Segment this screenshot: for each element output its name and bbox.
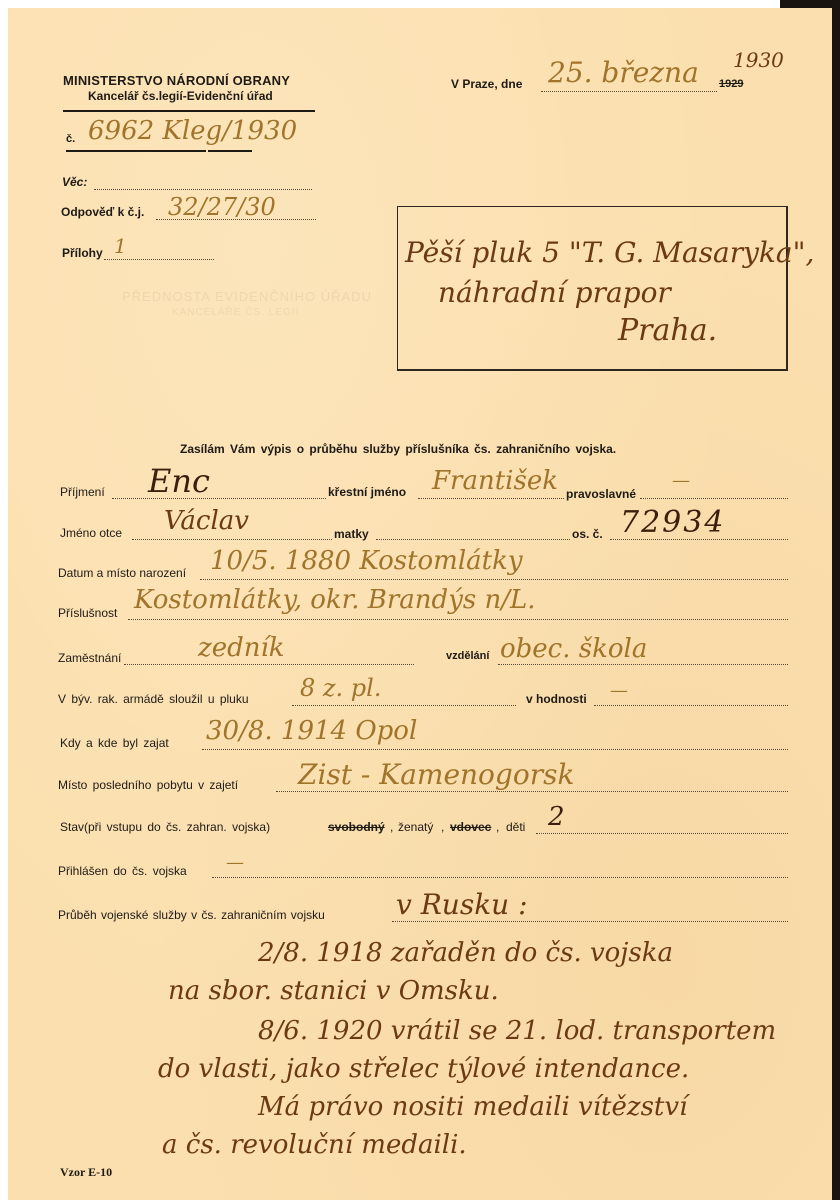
- handwritten-year: 1930: [733, 48, 784, 72]
- otec-label: Jméno otce: [60, 526, 122, 540]
- office-subtitle: Kancelář čs.legií-Evidenční úřad: [88, 89, 273, 103]
- pravoslavne-label: pravoslavné: [566, 487, 636, 501]
- krestni-value: František: [432, 466, 558, 496]
- odpoved-value: 32/27/30: [168, 193, 276, 221]
- otec-value: Václav: [164, 506, 249, 536]
- pobyt-value: Zist - Kamenogorsk: [298, 758, 574, 791]
- address-line3: Praha.: [618, 313, 717, 348]
- service-note-4: do vlasti, jako střelec týlové intendanc…: [158, 1054, 689, 1084]
- vzdelani-label: vzdělání: [446, 650, 489, 662]
- pravoslavne-value: —: [672, 470, 690, 491]
- osc-label: os. č.: [572, 527, 603, 541]
- zajat-value: 30/8. 1914 Opol: [206, 716, 417, 746]
- prijmeni-line: [112, 498, 326, 499]
- address-line1: Pěší pluk 5 "T. G. Masaryka",: [405, 236, 814, 269]
- osc-value: 72934: [620, 505, 725, 540]
- prihlasen-line: [212, 877, 788, 878]
- ref-rule: [66, 150, 206, 152]
- prislusnost-line: [128, 619, 788, 620]
- stav-comma-3: ,: [496, 820, 499, 834]
- printed-year: 1929: [719, 78, 743, 90]
- header-rule: [63, 110, 315, 112]
- prijmeni-value: Enc: [148, 462, 210, 500]
- vec-label: Věc:: [62, 175, 87, 189]
- narozeni-label: Datum a místo narození: [58, 566, 186, 580]
- stav-comma-1: ,: [390, 820, 393, 834]
- vec-line: [94, 189, 312, 190]
- pluk-value: 8 z. pl.: [300, 674, 381, 702]
- vzdelani-line: [498, 664, 788, 665]
- odpoved-label: Odpověď k č.j.: [61, 205, 144, 219]
- narozeni-value: 10/5. 1880 Kostomlátky: [210, 546, 523, 576]
- hodnost-line: [594, 705, 788, 706]
- stav-option-zenaty: ženatý: [398, 820, 433, 834]
- deti-line: [536, 833, 788, 834]
- zamestnani-value: zedník: [198, 633, 285, 663]
- service-note-6: a čs. revoluční medaili.: [162, 1130, 467, 1160]
- prubeh-label: Průběh vojenské služby v čs. zahraničním…: [58, 908, 325, 922]
- prislusnost-value: Kostomlátky, okr. Brandýs n/L.: [134, 585, 536, 615]
- pravoslavne-line: [640, 498, 788, 499]
- address-line2: náhradní prapor: [438, 276, 671, 309]
- hodnost-value: —: [610, 680, 628, 701]
- pluk-label: V býv. rak. armádě sloužil u pluku: [58, 692, 249, 706]
- ref-prefix: č.: [66, 133, 75, 145]
- form-code: Vzor E-10: [60, 1165, 112, 1180]
- prilohy-label: Přílohy: [62, 246, 103, 260]
- date-line: [541, 91, 717, 92]
- ref-number: 6962 Kleg/1930: [88, 116, 297, 146]
- ministry-title: MINISTERSTVO NÁRODNÍ OBRANY: [63, 73, 290, 88]
- prubeh-value: v Rusku :: [396, 888, 528, 921]
- matky-line: [376, 539, 570, 540]
- date-label: V Praze, dne: [451, 77, 522, 91]
- deti-value: 2: [548, 802, 565, 832]
- prijmeni-label: Příjmení: [60, 485, 105, 499]
- pobyt-line: [276, 791, 788, 792]
- faint-stamp-line2: KANCELÁŘE ČS. LEGIÍ: [172, 307, 299, 318]
- hodnost-label: v hodnosti: [526, 692, 587, 706]
- matky-label: matky: [334, 527, 369, 541]
- prihlasen-label: Přihlášen do čs. vojska: [58, 864, 187, 878]
- service-note-5: Má právo nositi medaili vítězství: [258, 1092, 687, 1122]
- stav-option-vdovec: vdovec: [450, 820, 491, 834]
- krestni-label: křestní jméno: [328, 485, 406, 499]
- stav-comma-2: ,: [441, 820, 444, 834]
- deti-label: děti: [506, 820, 525, 834]
- prihlasen-value: —: [226, 852, 244, 873]
- scan-edge-top: [780, 0, 840, 8]
- service-note-1: 2/8. 1918 zařaděn do čs. vojska: [258, 938, 673, 968]
- prilohy-value: 1: [114, 234, 127, 258]
- date-day-month: 25. března: [548, 56, 699, 89]
- stav-label: Stav(při vstupu do čs. zahran. vojska): [60, 820, 270, 834]
- pluk-line: [292, 705, 516, 706]
- ref-rule-2: [208, 150, 252, 152]
- prislusnost-label: Příslušnost: [58, 606, 117, 620]
- pobyt-label: Místo posledního pobytu v zajetí: [58, 778, 238, 792]
- vzdelani-value: obec. škola: [500, 634, 647, 664]
- odpoved-line: [156, 219, 316, 220]
- zajat-line: [202, 749, 788, 750]
- faint-stamp-line1: PŘEDNOSTA EVIDENČNÍHO ÚŘADU: [122, 289, 372, 304]
- narozeni-line: [200, 579, 788, 580]
- prubeh-line: [392, 921, 788, 922]
- stav-option-svobodny: svobodný: [328, 820, 385, 834]
- zamestnani-line: [124, 664, 414, 665]
- otec-line: [132, 539, 332, 540]
- service-note-3: 8/6. 1920 vrátil se 21. lod. transportem: [258, 1016, 776, 1046]
- prilohy-line: [104, 259, 214, 260]
- zamestnani-label: Zaměstnání: [58, 651, 121, 665]
- krestni-line: [418, 498, 564, 499]
- service-note-2: na sbor. stanici v Omsku.: [168, 976, 499, 1006]
- intro-text: Zasílám Vám výpis o průběhu služby přísl…: [180, 442, 616, 456]
- scan-edge: [832, 8, 840, 1200]
- zajat-label: Kdy a kde byl zajat: [60, 736, 169, 750]
